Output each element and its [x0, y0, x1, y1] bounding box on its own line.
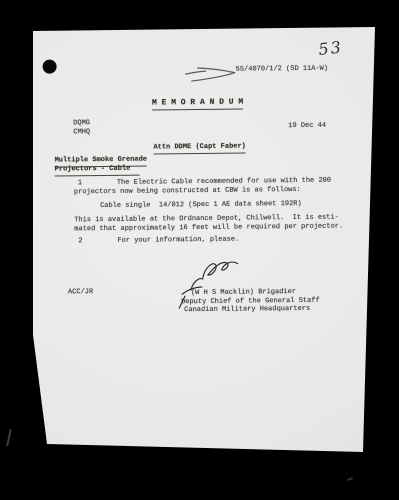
paragraph-1-line-2: projectors now being constructed at CBW … — [74, 186, 301, 197]
addressee-block: DQMGCMHQ — [73, 119, 90, 136]
paragraph-1-number: 1 — [78, 179, 82, 188]
availability-line-2: mated that approximately 16 feet will be… — [74, 223, 343, 234]
hole-punch — [43, 59, 57, 73]
page-number-annotation: 53 — [317, 37, 343, 59]
memo-date: 19 Dec 44 — [288, 122, 326, 131]
subject-line-2: Projectors - Cable — [55, 165, 140, 176]
reference-arrow-icon — [184, 63, 242, 88]
file-reference: 55/4070/1/2 (SD 11A-W) — [236, 65, 329, 75]
attention-line: Attn DDME (Capt Faber) — [153, 143, 246, 155]
paragraph-2-number: 2 — [78, 237, 82, 246]
document-photo: 53 55/4070/1/2 (SD 11A-W) M E M O R A N … — [0, 0, 399, 500]
memo-content: 53 55/4070/1/2 (SD 11A-W) M E M O R A N … — [0, 0, 399, 500]
cable-spec-line: Cable single 14/012 (Spec 1 AE data shee… — [100, 200, 302, 211]
addressee-line-1: DQMG — [73, 119, 90, 127]
signatory-organization: Canadian Military Headquarters — [184, 305, 310, 315]
typist-initials: ACC/JR — [68, 288, 93, 297]
paragraph-2-text: For your information, please. — [117, 236, 239, 246]
addressee-line-2: CMHQ — [73, 128, 90, 136]
memo-title: M E M O R A N D U M — [152, 99, 243, 111]
